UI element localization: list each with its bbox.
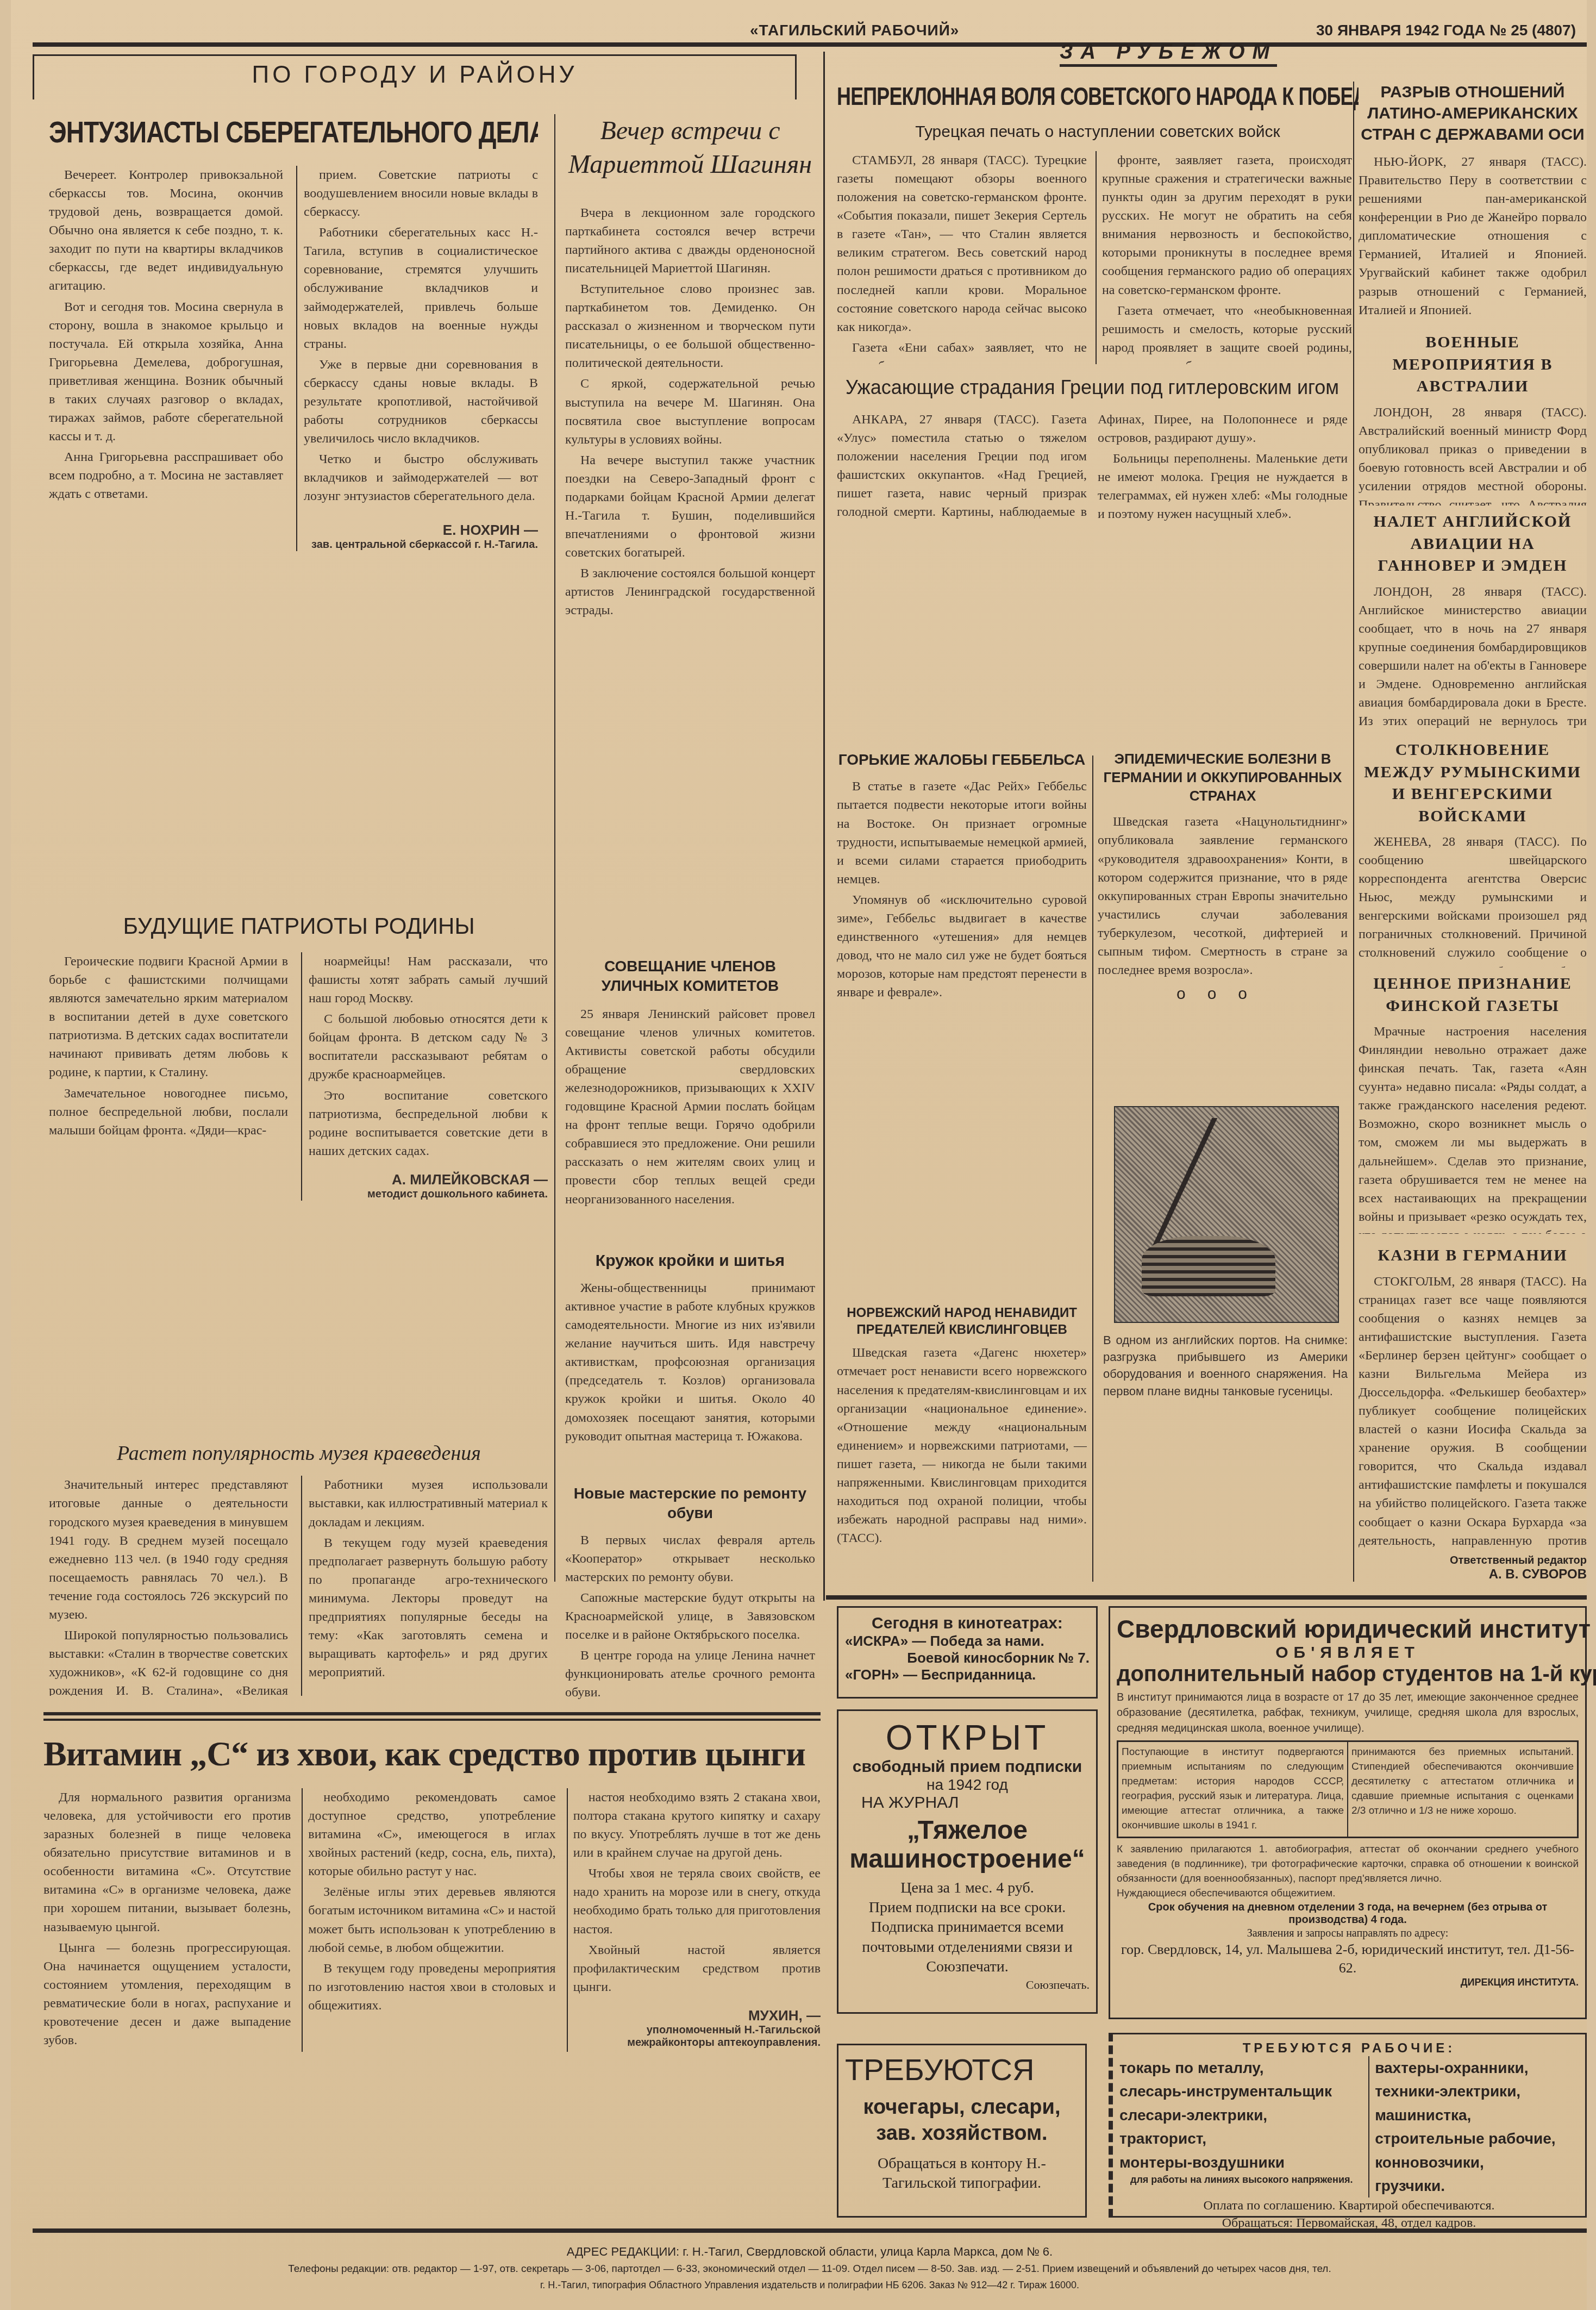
masthead: «ТАГИЛЬСКИЙ РАБОЧИЙ» 30 ЯНВАРЯ 1942 ГОДА… <box>33 22 1587 38</box>
ad-line: на 1942 год <box>845 1776 1090 1794</box>
magazine-name: „Тяжелое машиностроение“ <box>845 1816 1090 1874</box>
article-body: В статье в газете «Дас Рейх» Геббельс пы… <box>837 777 1087 1002</box>
issue-date: 30 ЯНВАРЯ 1942 ГОДА № 25 (4807) <box>1316 22 1576 39</box>
headline: НЕПРЕКЛОННАЯ ВОЛЯ СОВЕТСКОГО НАРОДА К ПО… <box>837 82 1244 111</box>
article-body: Шведская газета «Дагенс нюхетер» отмечае… <box>837 1344 1087 1547</box>
ad-line: свободный прием подписки <box>845 1758 1090 1776</box>
headline: ГОРЬКИЕ ЖАЛОБЫ ГЕББЕЛЬСА <box>837 750 1087 770</box>
article-body: ЛОНДОН, 28 января (ТАСС). Австралийский … <box>1359 403 1587 506</box>
article-body: СТОКГОЛЬМ, 28 января (ТАСС). На страница… <box>1359 1272 1587 1550</box>
signature: Е. НОХРИН — <box>304 522 538 539</box>
ad-workers: ТРЕБУЮТСЯ РАБОЧИЕ: токарь по металлу, сл… <box>1109 2033 1587 2218</box>
crane-shape <box>1152 1118 1307 1247</box>
article-body: ЖЕНЕВА, 28 января (ТАСС). По сообщению ш… <box>1359 833 1587 967</box>
article-column: фронте, заявляет газета, происходят круп… <box>1096 151 1352 364</box>
article-column: Героические подвиги Красной Армии в борь… <box>49 952 288 1201</box>
subheadline: Турецкая печать о наступлении советских … <box>837 123 1359 141</box>
ad-docs: К заявлению прилагаются 1. автобиография… <box>1117 1843 1579 1887</box>
headline: ЭПИДЕМИЧЕСКИЕ БОЛЕЗНИ В ГЕРМАНИИ И ОККУП… <box>1098 750 1348 805</box>
article-column: СТАМБУЛ, 28 января (ТАСС). Турецкие газе… <box>837 151 1087 364</box>
job-item: слесарь-инструментальщик <box>1119 2080 1368 2103</box>
article-finland: ЦЕННОЕ ПРИЗНАНИЕ ФИНСКОЙ ГАЗЕТЫ Мрачные … <box>1359 973 1587 1234</box>
ad-intro: В институт принимаются лица в возрасте о… <box>1117 1690 1579 1736</box>
article-greece: Ужасающие страдания Греции под гитлеровс… <box>837 375 1348 712</box>
article-body: Жены-общественницы принимают активное уч… <box>565 1279 815 1446</box>
article-hanover: НАЛЕТ АНГЛИЙСКОЙ АВИАЦИИ НА ГАННОВЕР И Э… <box>1359 511 1587 728</box>
article-body: В первых числах февраля артель «Кооперат… <box>565 1531 815 1702</box>
ad-signature: ДИРЕКЦИЯ ИНСТИТУТА. <box>1117 1977 1579 1988</box>
footer-address: АДРЕС РЕДАКЦИИ: г. Н.-Тагил, Свердловско… <box>33 2245 1587 2259</box>
ad-subscription: ОТКРЫТ свободный прием подписки на 1942 … <box>837 1709 1098 2014</box>
column-divider <box>823 52 825 1601</box>
section-header: ПО ГОРОДУ И РАЙОНУ <box>33 54 797 99</box>
article-shoe-repair: Новые мастерские по ремонту обуви В перв… <box>565 1484 815 1712</box>
article-latam: РАЗРЫВ ОТНОШЕНИЙ ЛАТИНО-АМЕРИКАНСКИХ СТР… <box>1359 82 1587 321</box>
footer-rule <box>33 2228 1587 2233</box>
headline: Новые мастерские по ремонту обуви <box>565 1484 815 1524</box>
section-title: ПО ГОРОДУ И РАЙОНУ <box>34 56 795 89</box>
job-item: техники-электрики, <box>1375 2080 1579 2103</box>
job-item: грузчики. <box>1375 2174 1579 2197</box>
ads-rule <box>826 1595 1587 1600</box>
article-column: Для нормального развития организма челов… <box>43 1788 291 2052</box>
article-sewing-circle: Кружок кройки и шитья Жены-общественницы… <box>565 1250 815 1478</box>
headline: СОВЕЩАНИЕ ЧЛЕНОВ УЛИЧНЫХ КОМИТЕТОВ <box>565 957 815 996</box>
abroad-rubric: ЗА РУБЕЖОМ <box>1060 41 1277 67</box>
job-item: токарь по металлу, <box>1119 2056 1368 2080</box>
headline: Витамин „С“ из хвои, как средство против… <box>43 1734 821 1774</box>
ad-subtitle: дополнительный набор студентов на 1-й ку… <box>1117 1662 1579 1687</box>
job-list-left: токарь по металлу, слесарь-инструменталь… <box>1119 2056 1368 2197</box>
signature-role: методист дошкольного кабинета. <box>309 1188 548 1201</box>
ad-line: Прием подписки на все сроки. <box>845 1898 1090 1918</box>
job-item: конновозчики, <box>1375 2151 1579 2174</box>
headline: СТОЛКНОВЕНИЕ МЕЖДУ РУМЫНСКИМИ И ВЕНГЕРСК… <box>1359 739 1587 827</box>
article-column: Работники музея использовали выставки, к… <box>301 1476 548 1696</box>
ad-term: Срок обучения на дневном отделении 3 год… <box>1117 1901 1579 1926</box>
article-museum: Растет популярность музея краеведения Зн… <box>49 1440 549 1696</box>
headline: Кружок кройки и шитья <box>565 1250 815 1271</box>
article-executions: КАЗНИ В ГЕРМАНИИ СТОКГОЛЬМ, 28 января (Т… <box>1359 1245 1587 1549</box>
headline: Ужасающие страдания Греции под гитлеровс… <box>837 375 1348 401</box>
job-note: для работы на линиях высокого напряжения… <box>1119 2174 1368 2186</box>
signature-role: уполномоченный Н.-Тагильской межрайконто… <box>573 2024 821 2049</box>
footer-phones: Телефоны редакции: отв. редактор — 1-97,… <box>33 2263 1587 2275</box>
headline: НАЛЕТ АНГЛИЙСКОЙ АВИАЦИИ НА ГАННОВЕР И Э… <box>1359 511 1587 577</box>
headline: Вечер встречи с Мариеттой Шагинян <box>565 114 815 182</box>
article-australia: ВОЕННЫЕ МЕРОПРИЯТИЯ В АВСТРАЛИИ ЛОНДОН, … <box>1359 332 1587 505</box>
headline: РАЗРЫВ ОТНОШЕНИЙ ЛАТИНО-АМЕРИКАНСКИХ СТР… <box>1359 82 1587 145</box>
ad-signature: Союзпечать. <box>845 1977 1090 1993</box>
column-divider <box>1353 82 1354 1582</box>
signature-role: зав. центральной сберкассой г. Н.-Тагила… <box>304 539 538 551</box>
ad-printing-jobs: ТРЕБУЮТСЯ кочегары, слесари, зав. хозяйс… <box>837 2044 1087 2218</box>
footer: АДРЕС РЕДАКЦИИ: г. Н.-Тагил, Свердловско… <box>33 2245 1587 2295</box>
requirements-box: Поступающие в институт подвергаются прие… <box>1117 1740 1579 1838</box>
article-savings: ЭНТУЗИАСТЫ СБЕРЕГАТЕЛЬНОГО ДЕЛА Вечереет… <box>49 114 538 913</box>
cinema-line: «ГОРН» — Бесприданница. <box>845 1666 1090 1683</box>
editor-name: А. В. СУВОРОВ <box>1359 1567 1587 1582</box>
headline: Растет популярность музея краеведения <box>49 1440 549 1467</box>
requirements-left: Поступающие в институт подвергаются прие… <box>1118 1742 1348 1837</box>
ad-law-institute: Свердловский юридический институт ОБ'ЯВЛ… <box>1109 1606 1587 2019</box>
article-shaginyan: Вечер встречи с Мариеттой Шагинян Вчера … <box>565 114 815 821</box>
signature: МУХИН, — <box>573 2007 821 2024</box>
article-street-committees: СОВЕЩАНИЕ ЧЛЕНОВ УЛИЧНЫХ КОМИТЕТОВ 25 ян… <box>565 957 815 1250</box>
article-body: Вчера в лекционном зале городского партк… <box>565 204 815 620</box>
article-lead-abroad: НЕПРЕКЛОННАЯ ВОЛЯ СОВЕТСКОГО НАРОДА К ПО… <box>837 82 1359 364</box>
editor-credit: Ответственный редактор А. В. СУВОРОВ <box>1359 1554 1587 1593</box>
article-patriots: БУДУЩИЕ ПАТРИОТЫ РОДИНЫ Героические подв… <box>49 913 549 1391</box>
ad-title: ТРЕБУЮТСЯ <box>845 2052 1079 2087</box>
ad-title: ТРЕБУЮТСЯ РАБОЧИЕ: <box>1119 2041 1579 2056</box>
job-roles: кочегары, слесари, зав. хозяйством. <box>845 2095 1079 2146</box>
job-item: тракторист, <box>1119 2127 1368 2150</box>
headline: БУДУЩИЕ ПАТРИОТЫ РОДИНЫ <box>49 913 549 939</box>
headline: ВОЕННЫЕ МЕРОПРИЯТИЯ В АВСТРАЛИИ <box>1359 332 1587 398</box>
cinema-line: Боевой киносборник № 7. <box>845 1650 1090 1666</box>
article-column: Вечереет. Контролер привокзальной сберка… <box>49 166 283 551</box>
ad-cinema: Сегодня в кинотеатрах: «ИСКРА» — Победа … <box>837 1606 1098 1699</box>
footer-printer: г. Н.-Тагил, типография Областного Управ… <box>33 2280 1587 2291</box>
section-rule <box>43 1719 821 1721</box>
ad-contact: Обращаться в контору Н.-Тагильской типог… <box>845 2154 1079 2194</box>
top-rule <box>33 42 1587 47</box>
ad-dorm: Нуждающиеся обеспечиваются общежитием. <box>1117 1887 1579 1901</box>
article-body: АНКАРА, 27 января (ТАСС). Газета «Улус» … <box>837 410 1348 523</box>
article-epidemics: ЭПИДЕМИЧЕСКИЕ БОЛЕЗНИ В ГЕРМАНИИ И ОККУП… <box>1098 750 1348 1098</box>
ad-line: Подписка принимается всеми почтовыми отд… <box>845 1918 1090 1977</box>
cinema-line: «ИСКРА» — Победа за нами. <box>845 1633 1090 1650</box>
job-list-right: вахтеры-охранники, техники-электрики, ма… <box>1368 2056 1579 2197</box>
article-goebbels: ГОРЬКИЕ ЖАЛОБЫ ГЕББЕЛЬСА В статье в газе… <box>837 750 1087 1294</box>
article-column: ноармейцы! Нам рассказали, что фашисты х… <box>301 952 548 1201</box>
photo-caption: В одном из английских портов. На снимке:… <box>1103 1332 1348 1408</box>
section-rule <box>43 1712 821 1715</box>
ad-title: ОТКРЫТ <box>845 1718 1090 1758</box>
headline: НОРВЕЖСКИЙ НАРОД НЕНАВИДИТ ПРЕДАТЕЛЕЙ КВ… <box>837 1304 1087 1338</box>
ad-address: гор. Свердловск, 14, ул. Малышева 2-б, ю… <box>1117 1940 1579 1977</box>
paper-name: «ТАГИЛЬСКИЙ РАБОЧИЙ» <box>750 22 959 39</box>
port-photo <box>1114 1106 1339 1323</box>
ad-line: НА ЖУРНАЛ <box>845 1794 1090 1812</box>
headline: КАЗНИ В ГЕРМАНИИ <box>1359 1245 1587 1267</box>
ad-apply: Заявления и запросы направлять по адресу… <box>1117 1926 1579 1940</box>
job-item: строительные рабочие, <box>1375 2127 1579 2150</box>
article-column: настоя необходимо взять 2 стакана хвои, … <box>567 1788 821 2052</box>
price: Цена за 1 мес. 4 руб. <box>845 1878 1090 1898</box>
article-body: ЛОНДОН, 28 января (ТАСС). Английское мин… <box>1359 583 1587 729</box>
job-item: вахтеры-охранники, <box>1375 2056 1579 2080</box>
column-divider <box>554 114 555 1582</box>
separator-dots: ooo <box>1098 985 1348 1003</box>
column-divider <box>1092 756 1093 1582</box>
job-item: машинистка, <box>1375 2103 1579 2127</box>
article-column: необходимо рекомендовать самое доступное… <box>302 1788 555 2052</box>
article-norway: НОРВЕЖСКИЙ НАРОД НЕНАВИДИТ ПРЕДАТЕЛЕЙ КВ… <box>837 1304 1087 1587</box>
article-romania: СТОЛКНОВЕНИЕ МЕЖДУ РУМЫНСКИМИ И ВЕНГЕРСК… <box>1359 739 1587 967</box>
article-body: Шведская газета «Нацунольтиднинг» опубли… <box>1098 813 1348 979</box>
ad-title: Свердловский юридический институт <box>1117 1614 1579 1644</box>
signature: А. МИЛЕЙКОВСКАЯ — <box>309 1171 548 1188</box>
job-item: слесари-электрики, <box>1119 2103 1368 2127</box>
headline: ЭНТУЗИАСТЫ СБЕРЕГАТЕЛЬНОГО ДЕЛА <box>49 114 450 149</box>
article-column: Значительный интерес представляют итогов… <box>49 1476 288 1696</box>
article-body: Мрачные настроения населения Финляндии н… <box>1359 1022 1587 1234</box>
job-item: монтеры-воздушники <box>1119 2151 1368 2174</box>
editor-label: Ответственный редактор <box>1359 1554 1587 1567</box>
cinema-title: Сегодня в кинотеатрах: <box>845 1614 1090 1633</box>
ad-pay: Оплата по соглашению. Квартирой обеспечи… <box>1119 2197 1579 2214</box>
headline: ЦЕННОЕ ПРИЗНАНИЕ ФИНСКОЙ ГАЗЕТЫ <box>1359 973 1587 1017</box>
article-body: НЬЮ-ЙОРК, 27 января (ТАСС). Правительств… <box>1359 153 1587 320</box>
article-column: прием. Советские патриоты с воодушевлени… <box>296 166 538 551</box>
article-vitamin-c: Витамин „С“ из хвои, как средство против… <box>43 1734 821 2223</box>
ad-announce: ОБ'ЯВЛЯЕТ <box>1117 1644 1579 1662</box>
requirements-right: принимаются без приемных испытаний. Стип… <box>1348 1742 1577 1837</box>
cargo-shape <box>1142 1236 1275 1296</box>
article-body: 25 января Ленинский райсовет провел сове… <box>565 1005 815 1209</box>
